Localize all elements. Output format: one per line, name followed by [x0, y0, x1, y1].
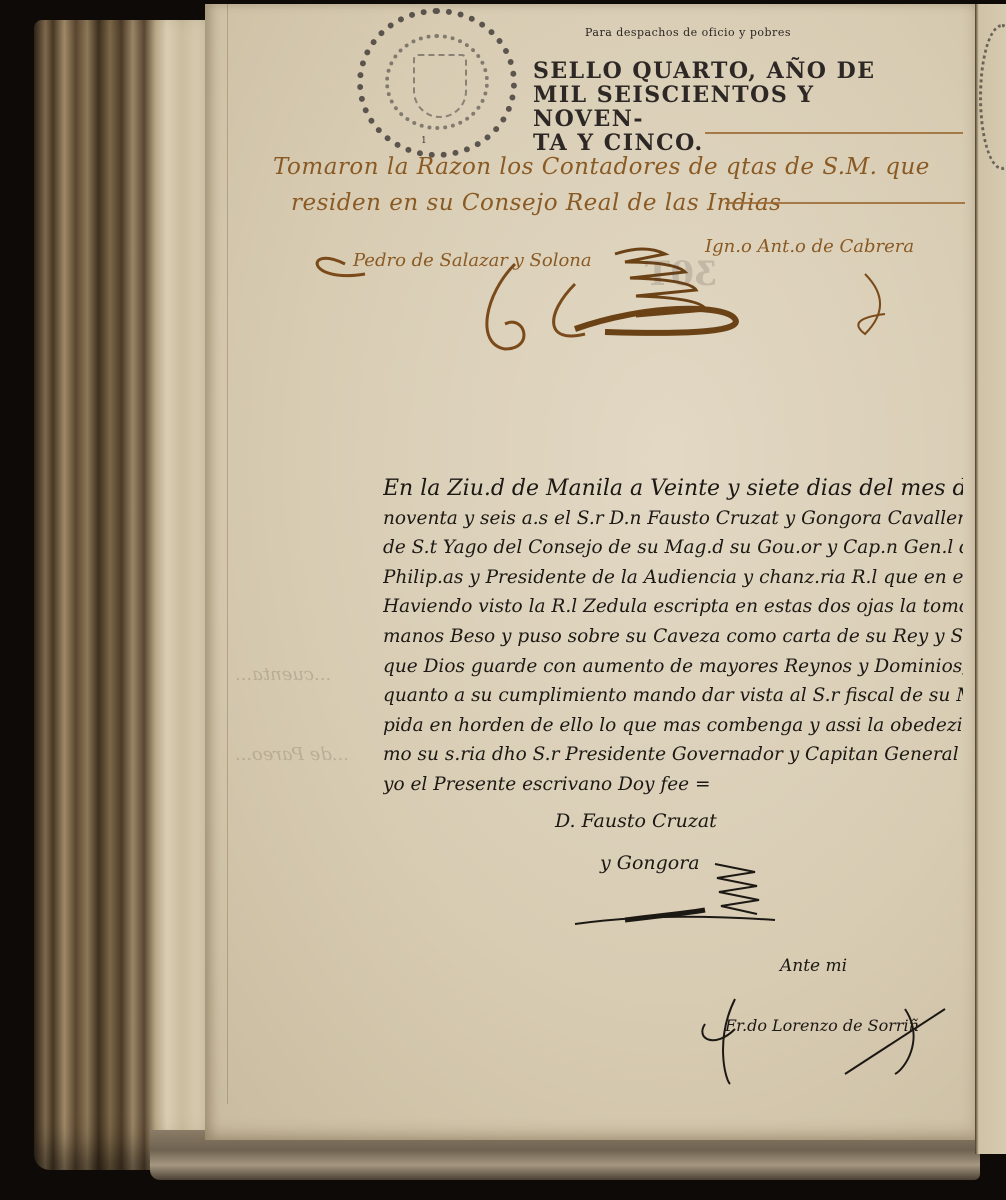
brown-rubric-flourish-icon [305, 224, 985, 364]
brown-rule [725, 202, 965, 204]
stamped-paper-title: Sello Quarto, Año de Mil seiscientos y n… [533, 59, 933, 155]
body-line: mo su s.ria dho S.r Presidente Governado… [383, 740, 963, 770]
registration-note-line: Tomaron la Razon los Contadores de qtas … [273, 154, 930, 180]
bleed-through-text: ...cuenta... [235, 664, 331, 685]
body-line: quanto a su cumplimiento mando dar vista… [383, 681, 963, 711]
document-body: En la Ziu.d de Manila a Veinte y siete d… [383, 474, 963, 800]
stamped-paper-title-line: ta y cinco. [533, 131, 933, 155]
registration-note-line: residen en su Consejo Real de las Indias [291, 190, 781, 216]
coat-of-arms-icon [413, 54, 467, 118]
bleed-through-text: ...de Pareo... [235, 744, 349, 765]
governor-rubric-icon [565, 854, 805, 934]
bleed-through-mark: Ʒ0T [645, 254, 716, 294]
page-margin-line [227, 4, 228, 1104]
adjacent-seal-stamp-icon [979, 24, 1006, 170]
body-line: Haviendo visto la R.l Zedula escripta en… [383, 592, 963, 622]
body-line: de S.t Yago del Consejo de su Mag.d su G… [383, 533, 963, 563]
brown-rule [705, 132, 963, 134]
signature-fausto-cruzat: D. Fausto Cruzat [555, 810, 717, 832]
body-line: yo el Presente escrivano Doy fee = [383, 770, 963, 800]
manuscript-page: 1 Para despachos de oficio y pobres Sell… [205, 4, 975, 1140]
book-page-stack [34, 20, 224, 1170]
body-line: que Dios guarde con aumento de mayores R… [383, 652, 963, 682]
royal-seal-stamp-icon: 1 [357, 8, 517, 158]
adjacent-page-edge [975, 4, 1006, 1154]
body-line: manos Beso y puso sobre su Caveza como c… [383, 622, 963, 652]
stamped-paper-header: Para despachos de oficio y pobres [585, 26, 791, 39]
seal-number: 1 [421, 136, 427, 146]
body-line: En la Ziu.d de Manila a Veinte y siete d… [383, 474, 963, 504]
body-line: pida en horden de ello lo que mas comben… [383, 711, 963, 741]
stamped-paper-title-line: Sello Quarto, Año de [533, 59, 933, 83]
stamped-paper-title-line: Mil seiscientos y noven- [533, 83, 933, 131]
body-line: Philip.as y Presidente de la Audiencia y… [383, 563, 963, 593]
notary-rubric-icon [695, 979, 955, 1089]
ante-mi-label: Ante mi [780, 956, 847, 976]
body-line: noventa y seis a.s el S.r D.n Fausto Cru… [383, 504, 963, 534]
